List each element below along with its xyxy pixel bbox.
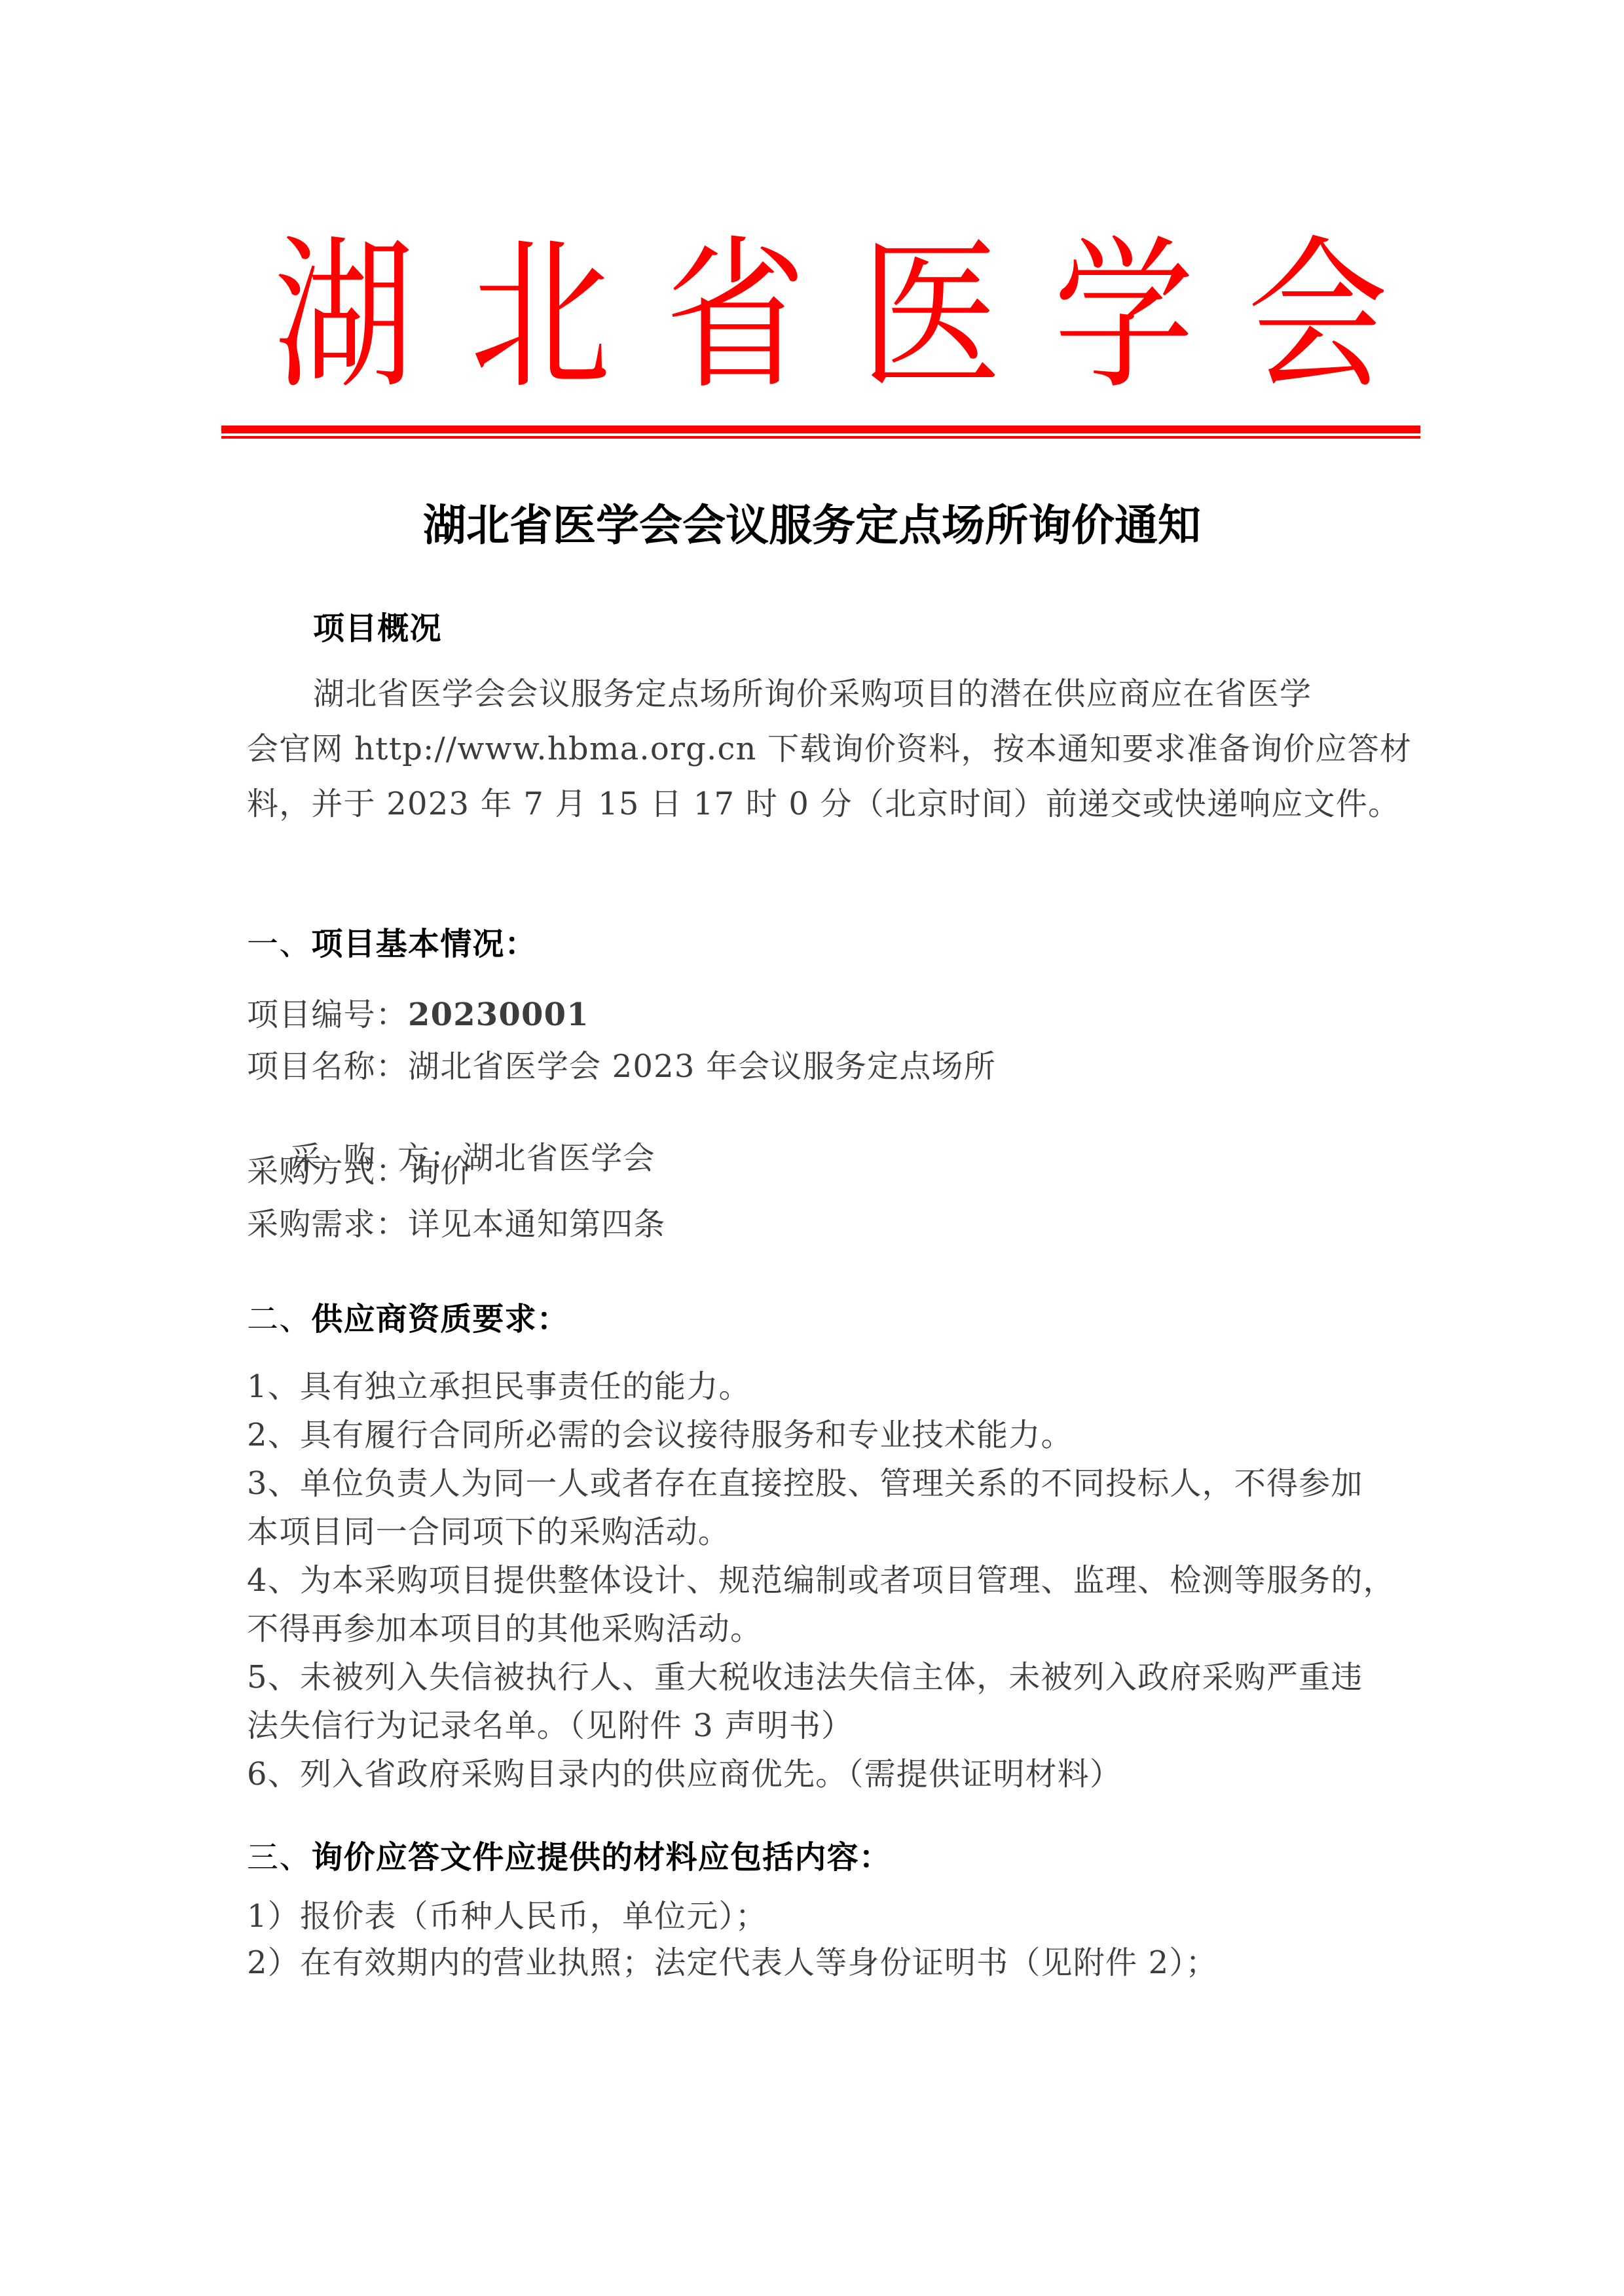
letterhead-char: 湖	[274, 208, 409, 424]
letterhead-char: 会	[1247, 208, 1382, 424]
field-value: 湖北省医学会 2023 年会议服务定点场所	[408, 1048, 996, 1085]
field-label: 项目名称：	[247, 1048, 408, 1085]
letterhead-char: 省	[665, 208, 800, 424]
requirement-line: 1、具有独立承担民事责任的能力。	[247, 1367, 1380, 1406]
section2-heading: 二、供应商资质要求：	[247, 1300, 1380, 1339]
section1-heading: 一、项目基本情况：	[247, 924, 1380, 964]
overview-text: 会官网 http://www.hbma.org.cn 下载询价资料，按本通知要求…	[247, 731, 1412, 767]
section2-number: 二、	[247, 1301, 311, 1338]
field-method: 采购方式：询价	[247, 1152, 1380, 1191]
letterhead-rule-thick	[221, 426, 1420, 433]
field-project-name: 项目名称：湖北省医学会 2023 年会议服务定点场所	[247, 1047, 1380, 1086]
field-requirement: 采购需求：详见本通知第四条	[247, 1205, 1380, 1244]
letterhead-char: 北	[470, 208, 605, 424]
document-title: 湖北省医学会会议服务定点场所询价通知	[0, 492, 1624, 558]
section1-number: 一、	[247, 926, 311, 962]
section3-number: 三、	[247, 1839, 311, 1876]
field-project-number: 项目编号：20230001	[247, 995, 1380, 1034]
section2-title: 供应商资质要求：	[311, 1301, 569, 1338]
material-line: 1）报价表（币种人民币，单位元）；	[247, 1897, 1380, 1936]
requirement-line: 6、列入省政府采购目录内的供应商优先。（需提供证明材料）	[247, 1755, 1380, 1794]
requirement-line: 不得再参加本项目的其他采购活动。	[247, 1609, 1380, 1649]
document-page: 湖 北 省 医 学 会 湖北省医学会会议服务定点场所询价通知 项目概况 湖北省医…	[0, 0, 1624, 2296]
section1-title: 项目基本情况：	[311, 926, 536, 962]
letterhead-char: 学	[1054, 208, 1189, 424]
overview-heading: 项目概况	[313, 609, 1446, 648]
letterhead-rule-thin	[221, 436, 1420, 439]
requirement-line: 法失信行为记录名单。（见附件 3 声明书）	[247, 1706, 1380, 1745]
requirement-line: 本项目同一合同项下的采购活动。	[247, 1512, 1380, 1552]
overview-paragraph-line: 料，并于 2023 年 7 月 15 日 17 时 0 分（北京时间）前递交或快…	[247, 784, 1380, 824]
field-value: 详见本通知第四条	[408, 1206, 666, 1243]
field-label: 采购方式：	[247, 1153, 408, 1190]
requirement-line: 2、具有履行合同所必需的会议接待服务和专业技术能力。	[247, 1415, 1380, 1455]
section3-title: 询价应答文件应提供的材料应包括内容：	[311, 1839, 891, 1876]
material-line: 2）在有效期内的营业执照；法定代表人等身份证明书（见附件 2）；	[247, 1943, 1380, 1982]
field-value: 询价	[408, 1153, 472, 1190]
requirement-line: 3、单位负责人为同一人或者存在直接控股、管理关系的不同投标人，不得参加	[247, 1464, 1380, 1503]
field-label: 采购需求：	[247, 1206, 408, 1243]
field-label: 项目编号：	[247, 996, 408, 1033]
overview-paragraph-line: 会官网 http://www.hbma.org.cn 下载询价资料，按本通知要求…	[247, 729, 1380, 769]
letterhead-char: 医	[860, 208, 995, 424]
section3-heading: 三、询价应答文件应提供的材料应包括内容：	[247, 1838, 1380, 1877]
requirement-line: 5、未被列入失信被执行人、重大税收违法失信主体，未被列入政府采购严重违	[247, 1658, 1380, 1697]
requirement-line: 4、为本采购项目提供整体设计、规范编制或者项目管理、监理、检测等服务的，	[247, 1561, 1380, 1600]
overview-paragraph-line: 湖北省医学会会议服务定点场所询价采购项目的潜在供应商应在省医学	[313, 674, 1446, 714]
letterhead: 湖 北 省 医 学 会	[0, 208, 1624, 424]
field-value: 20230001	[408, 996, 589, 1033]
